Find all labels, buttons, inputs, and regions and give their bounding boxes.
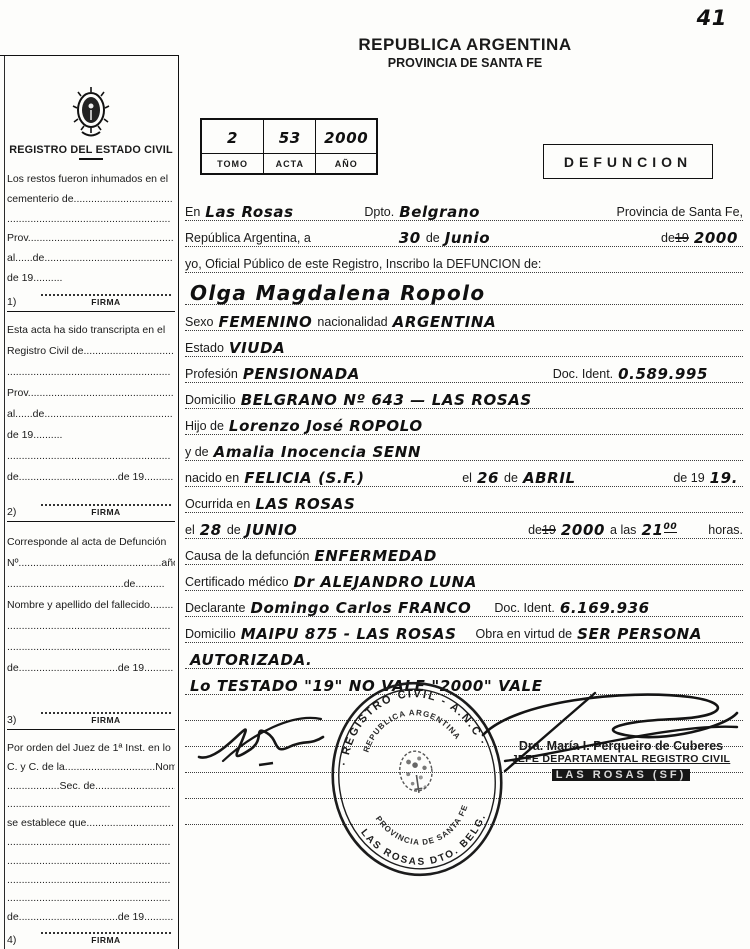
country-title: REPUBLICA ARGENTINA (185, 35, 745, 55)
sidebar-line: ........................................… (7, 574, 175, 595)
form-line-inscribo: yo, Oficial Público de este Registro, In… (185, 247, 743, 273)
signature-zone: · REGISTRO CIVIL - A.N.C · LAS ROSAS DTO… (185, 695, 743, 825)
label: Causa de la defunción (185, 549, 309, 564)
sidebar-line: ........................................… (7, 888, 175, 907)
ano-label: AÑO (316, 154, 377, 175)
form-line-declarante: Declarante Domingo Carlos FRANCO Doc. Id… (185, 591, 743, 617)
label: Obra en virtud de (476, 627, 573, 642)
form-line-nacimiento: nacido en FELICIA (S.F.) el 26 de ABRIL … (185, 461, 743, 487)
label: de (504, 471, 518, 486)
label: yo, Oficial Público de este Registro, In… (185, 257, 541, 272)
death-place-value: LAS ROSAS (250, 495, 360, 513)
firma-signature-line: FIRMA (37, 288, 175, 308)
label: Domicilio (185, 393, 236, 408)
declarant-doc-value: 6.169.936 (555, 599, 655, 617)
official-signature (475, 683, 750, 783)
registry-reference-table: 2 53 2000 TOMO ACTA AÑO (200, 118, 378, 175)
firma-signature-line: FIRMA (37, 706, 175, 726)
physician-name-value: Dr ALEJANDRO LUNA (289, 573, 482, 591)
label: de (227, 523, 241, 538)
day-value: 30 (394, 229, 426, 247)
label: Profesión (185, 367, 238, 382)
authority-continuation-value: AUTORIZADA. (185, 651, 317, 669)
label: de (528, 523, 542, 538)
firma-label: FIRMA (91, 935, 120, 945)
label: Doc. Ident. (553, 367, 613, 382)
firma-signature-line: FIRMA (37, 926, 175, 946)
label: Sexo (185, 315, 214, 330)
doc-ident-value: 0.589.995 (613, 365, 713, 383)
birthplace-value: FELICIA (S.F.) (239, 469, 369, 487)
death-day-value: 28 (195, 521, 227, 539)
death-hour-value: 2100 (636, 521, 682, 539)
sidebar-line: ........................................… (7, 616, 175, 637)
firma-signature-line: FIRMA (37, 498, 175, 518)
form-line-padre: Hijo de Lorenzo José ROPOLO (185, 409, 743, 435)
label: el (462, 471, 472, 486)
marital-status-value: VIUDA (224, 339, 290, 357)
sidebar-line: ........................................… (7, 832, 175, 851)
page-number: 41 (692, 6, 732, 30)
death-minutes-value: 00 (664, 522, 678, 533)
sidebar-line: ........................................… (7, 794, 175, 813)
sidebar-line: de..................................de 1… (7, 467, 175, 488)
sidebar-line: ........................................… (7, 446, 175, 467)
form-line-fecha-acta: República Argentina, a 30 de Junio de 19… (185, 221, 743, 247)
month-value: Junio (440, 229, 495, 247)
sidebar-line: ........................................… (7, 362, 175, 383)
label: Declarante (185, 601, 245, 616)
label: En (185, 205, 200, 220)
tomo-value: 2 (201, 120, 264, 155)
title-underline (79, 158, 103, 160)
label: horas. (708, 523, 743, 538)
death-cause-value: ENFERMEDAD (309, 547, 442, 565)
label: Certificado médico (185, 575, 289, 590)
declarant-name-value: Domingo Carlos FRANCO (245, 599, 476, 617)
dotted-leader (41, 706, 171, 714)
sidebar-line: de 19.......... (7, 425, 175, 446)
form-line-domicilio-declarante: Domicilio MAIPU 875 - LAS ROSAS Obra en … (185, 617, 743, 643)
sidebar-section-corresponde: Corresponde al acta de Defunción Nº.....… (7, 522, 175, 730)
firma-row: 2) FIRMA (7, 498, 175, 521)
firma-label: FIRMA (91, 715, 120, 725)
sidebar-line: Esta acta ha sido transcripta en el (7, 320, 175, 341)
stamp-center-coat-of-arms (397, 749, 435, 795)
sidebar-line: Prov....................................… (7, 383, 175, 404)
firma-number: 1) (7, 296, 37, 308)
label: Hijo de (185, 419, 224, 434)
dotted-leader (41, 498, 171, 506)
firma-label: FIRMA (91, 297, 120, 307)
birth-year-value: 19. (705, 469, 743, 487)
authority-value: SER PERSONA (572, 625, 707, 643)
sidebar-line: C. y C. de la...........................… (7, 757, 175, 776)
struck-printed-19: 19 (542, 523, 556, 538)
deceased-name-value: Olga Magdalena Ropolo (185, 281, 490, 305)
firma-row: 1) FIRMA (7, 288, 175, 311)
label: Dpto. (364, 205, 394, 220)
place-value: Las Rosas (200, 203, 298, 221)
province-subtitle: PROVINCIA DE SANTA FE (185, 56, 745, 70)
sidebar-title: REGISTRO DEL ESTADO CIVIL (7, 144, 175, 156)
sidebar-line: ........................................… (7, 209, 175, 229)
label: y de (185, 445, 209, 460)
father-name-value: Lorenzo José ROPOLO (224, 417, 428, 435)
form-line-causa: Causa de la defunción ENFERMEDAD (185, 539, 743, 565)
tomo-label: TOMO (201, 154, 264, 175)
birth-day-value: 26 (472, 469, 504, 487)
form-line-autorizada: AUTORIZADA. (185, 643, 743, 669)
nationality-value: ARGENTINA (388, 313, 502, 331)
sidebar-line: Los restos fueron inhumados en el (7, 169, 175, 189)
sidebar-line: cementerio de...........................… (7, 189, 175, 209)
label: Estado (185, 341, 224, 356)
form-line-domicilio: Domicilio BELGRANO Nº 643 — LAS ROSAS (185, 383, 743, 409)
label: de (426, 231, 440, 246)
dotted-leader (41, 288, 171, 296)
form-line-estado: Estado VIUDA (185, 331, 743, 357)
label: a las (610, 523, 636, 538)
dotted-leader (41, 926, 171, 934)
sidebar-line: al......de..............................… (7, 404, 175, 425)
sidebar-section-inhumacion: Los restos fueron inhumados en el cement… (7, 164, 175, 312)
year-value: 2000 (689, 229, 743, 247)
firma-number: 3) (7, 714, 37, 726)
label: Ocurrida en (185, 497, 250, 512)
label: nacionalidad (317, 315, 387, 330)
acta-value: 53 (264, 120, 316, 155)
death-certificate-page: { "page_number": "41", "header": { "titl… (0, 0, 750, 949)
firma-label: FIRMA (91, 507, 120, 517)
sidebar-line: se establece que........................… (7, 813, 175, 832)
form-line-profesion: Profesión PENSIONADA Doc. Ident. 0.589.9… (185, 357, 743, 383)
form-line-ocurrida: Ocurrida en LAS ROSAS (185, 487, 743, 513)
label: de (661, 231, 675, 246)
label: Provincia de Santa Fe, (617, 205, 743, 220)
birth-month-value: ABRIL (518, 469, 581, 487)
mother-name-value: Amalia Inocencia SENN (209, 443, 426, 461)
struck-printed-19: 19 (675, 231, 689, 246)
sidebar-line: al......de..............................… (7, 248, 175, 268)
form-line-sexo: Sexo FEMENINO nacionalidad ARGENTINA (185, 305, 743, 331)
address-value: BELGRANO Nº 643 — LAS ROSAS (236, 391, 537, 409)
sidebar-line: ........................................… (7, 870, 175, 889)
sidebar-section-juez: Por orden del Juez de 1ª Inst. en lo C. … (7, 730, 175, 949)
declarant-address-value: MAIPU 875 - LAS ROSAS (236, 625, 462, 643)
sidebar-line: ........................................… (7, 637, 175, 658)
death-month-value: JUNIO (241, 521, 303, 539)
label: Doc. Ident. (494, 601, 554, 616)
firma-number: 2) (7, 506, 37, 518)
form-lines: En Las Rosas Dpto. Belgrano Provincia de… (185, 195, 743, 825)
label: República Argentina, a (185, 231, 311, 246)
sidebar-margin-column: REGISTRO DEL ESTADO CIVIL Los restos fue… (0, 55, 179, 949)
sex-value: FEMENINO (214, 313, 318, 331)
death-year-value: 2000 (556, 521, 610, 539)
sidebar-line: Corresponde al acta de Defunción (7, 532, 175, 553)
label: Domicilio (185, 627, 236, 642)
sidebar-line: Por orden del Juez de 1ª Inst. en lo (7, 738, 175, 757)
sidebar-line: ........................................… (7, 851, 175, 870)
sidebar-section-transcripcion: Esta acta ha sido transcripta en el Regi… (7, 312, 175, 522)
sidebar-line: de..................................de 1… (7, 907, 175, 926)
record-type-box: DEFUNCION (543, 144, 713, 179)
label: de 19 (673, 471, 704, 486)
label: el (185, 523, 195, 538)
form-line-lugar: En Las Rosas Dpto. Belgrano Provincia de… (185, 195, 743, 221)
sidebar-line: Registro Civil de.......................… (7, 341, 175, 362)
profession-value: PENSIONADA (238, 365, 365, 383)
sidebar-line: Prov....................................… (7, 228, 175, 248)
acta-label: ACTA (264, 154, 316, 175)
firma-row: 3) FIRMA (7, 706, 175, 729)
sidebar-line: de..................................de 1… (7, 658, 175, 679)
form-line-nombre-fallecido: Olga Magdalena Ropolo (185, 273, 743, 305)
department-value: Belgrano (394, 203, 485, 221)
sidebar-line: de 19.......... (7, 268, 175, 288)
coat-of-arms-icon (7, 84, 175, 140)
sidebar-line: Nombre y apellido del fallecido........ (7, 595, 175, 616)
sidebar-line: ..................Sec. de...............… (7, 776, 175, 795)
form-line-madre: y de Amalia Inocencia SENN (185, 435, 743, 461)
firma-row: 4) FIRMA (7, 926, 175, 949)
form-line-fecha-defuncion: el 28 de JUNIO de 19 2000 a las 2100 hor… (185, 513, 743, 539)
form-line-certificado-medico: Certificado médico Dr ALEJANDRO LUNA (185, 565, 743, 591)
firma-number: 4) (7, 934, 37, 946)
sidebar-line: Nº......................................… (7, 553, 175, 574)
label: nacido en (185, 471, 239, 486)
ano-value: 2000 (316, 120, 377, 155)
